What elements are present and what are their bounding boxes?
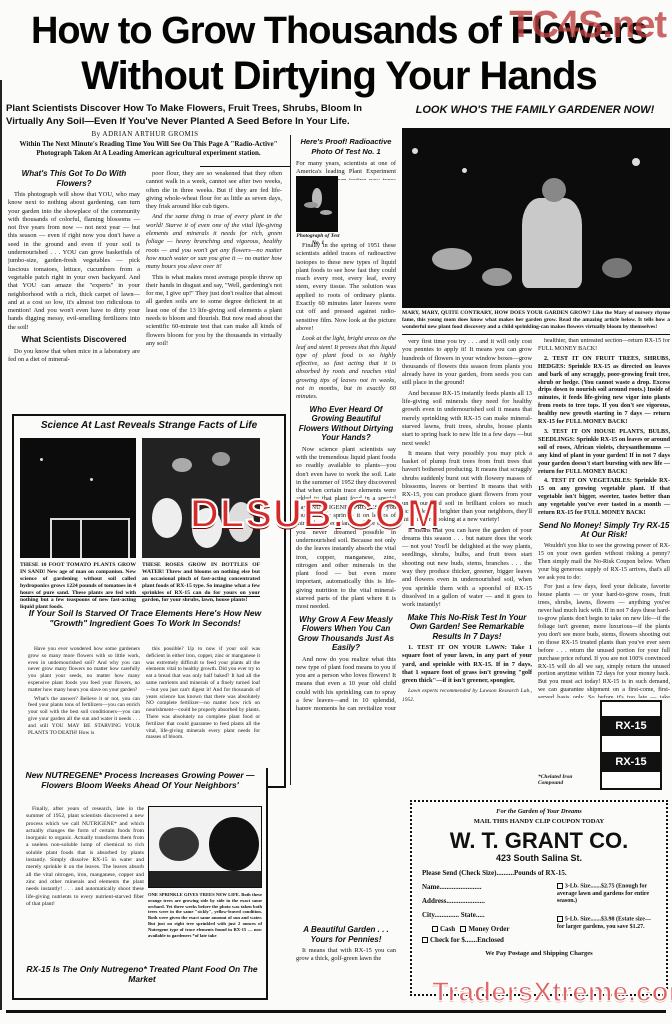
coupon-address-field[interactable]: Address......................: [422, 897, 551, 905]
cash-label: Cash: [440, 925, 455, 933]
proof-section: Here's Proof! Radioactive Photo Of Test …: [296, 134, 396, 159]
gardener-photo-caption: MARY, MARY, QUITE CONTRARY, HOW DOES YOU…: [402, 310, 670, 330]
gardener-photo: [402, 128, 670, 308]
column-2-paragraph: This is what makes most average people t…: [146, 274, 282, 349]
deck-subheadline: Plant Scientists Discover How To Make Fl…: [6, 102, 396, 128]
size-5lb-option: 5-Lb. Size.......$3.98 (Estate size—for …: [557, 916, 651, 930]
coupon-address: 423 South Salina St.: [422, 853, 656, 863]
tomato-caption: THESE 10 FOOT TOMATO PLANTS GROW IN SAND…: [20, 562, 136, 611]
column-1: What's This Got To Do With Flowers? This…: [8, 166, 140, 412]
column-5-paragraph: healthier, than untreated section—return…: [538, 338, 670, 354]
roses-caption: THESE ROSES GROW IN BOTTLES OF WATER! Th…: [142, 562, 260, 604]
nutregene-title: New NUTREGENE* Process Increases Growing…: [14, 770, 266, 790]
rx15-can-label: RX-15: [602, 716, 660, 736]
divider: [20, 596, 260, 597]
divider: [200, 166, 290, 167]
column-3-paragraph: Look at the light, bright areas on the l…: [296, 335, 396, 401]
coupon-postage-note: We Pay Postage and Shipping Charges: [422, 950, 656, 957]
cash-checkbox[interactable]: [432, 926, 438, 932]
coupon-instructions: MAIL THIS HANDY CLIP COUPON TODAY: [422, 818, 656, 825]
trace-elements-paragraph: this possible? Up to now if your soil wa…: [146, 646, 260, 741]
trace-elements-paragraph: Have you ever wondered how some gardener…: [28, 646, 140, 694]
column-1-paragraph: Do you know that when mice in a laborato…: [8, 348, 140, 365]
science-box: Science At Last Reveals Strange Facts of…: [12, 414, 286, 788]
orange-trees-photo: [148, 806, 262, 888]
byline: By ADRIAN ARTHUR GROMIS: [0, 130, 290, 138]
nutregene-paragraph: Finally, after years of research, late i…: [26, 806, 144, 908]
column-1-paragraph: This photograph will show that YOU, who …: [8, 191, 140, 332]
watermark-top: TC4S.net: [509, 4, 666, 47]
subheading-scientists-discovered: What Scientists Discovered: [8, 335, 140, 345]
trace-elements-col-1: Have you ever wondered how some gardener…: [28, 646, 140, 750]
nutregene-box: New NUTREGENE* Process Increases Growing…: [12, 768, 268, 1000]
money-order-label: Money Order: [468, 925, 509, 933]
column-4: very first time you try . . . and it wil…: [402, 338, 532, 786]
science-box-title: Science At Last Reveals Strange Facts of…: [14, 420, 284, 431]
trace-elements-paragraph: What's the answer? Believe it or not, yo…: [28, 696, 140, 737]
headline-line-2: Without Dirtying Your Hands: [14, 56, 664, 96]
page-edge-rule: [0, 80, 3, 1010]
coupon-send-line[interactable]: Please Send (Check Size)..........Pounds…: [422, 869, 656, 877]
column-2-paragraph: poor flour, they are so weakened that th…: [146, 170, 282, 211]
column-2: poor flour, they are so weakened that th…: [146, 170, 282, 410]
subheading-send-no-money: Send No Money! Simply Try RX-15 At Our R…: [538, 521, 670, 540]
trace-elements-col-2: this possible? Up to now if your soil wa…: [146, 646, 260, 750]
test-1-lawn: 1. TEST IT ON YOUR LAWN: Take 1 square f…: [402, 644, 532, 685]
radioactive-leaf-photo: [296, 176, 338, 232]
order-coupon[interactable]: For the Garden of Your Dreams MAIL THIS …: [410, 800, 668, 996]
coupon-tagline: For the Garden of Your Dreams: [422, 808, 656, 815]
column-3: Finally in the spring of 1951 these scie…: [296, 240, 396, 710]
money-order-checkbox[interactable]: [460, 926, 466, 932]
column-3-paragraph: Finally in the spring of 1951 these scie…: [296, 242, 396, 333]
check-checkbox[interactable]: [422, 937, 428, 943]
coupon-brand: W. T. GRANT CO.: [422, 829, 656, 853]
photo-section-heading: LOOK WHO'S THE FAMILY GARDENER NOW!: [400, 104, 670, 116]
nutregene-text: Finally, after years of research, late i…: [26, 806, 144, 962]
rx15-product-can: RX-15 RX-15: [600, 700, 662, 790]
coupon-city-state-field[interactable]: City.............. State.....: [422, 911, 551, 919]
intro-text: Within The Next Minute's Reading Time Yo…: [6, 140, 291, 158]
column-3-paragraph: It means that with RX-15 you can grow a …: [296, 947, 396, 964]
column-4-paragraph: It means that you can have the garden of…: [402, 527, 532, 610]
size-3lb-option: 3-Lb. Size.......$2.75 (Enough for avera…: [557, 883, 649, 904]
subheading-what-to-do: What's This Got To Do With Flowers?: [8, 169, 140, 188]
trace-elements-title: If Your Soil Is Starved Of Trace Element…: [20, 608, 270, 628]
column-divider: [290, 135, 291, 785]
tomato-plants-photo: [20, 438, 136, 558]
orange-trees-caption: ONE SPRINKLE GIVES TREES NEW LIFE. Both …: [148, 892, 262, 938]
column-4-paragraph: very first time you try . . . and it wil…: [402, 338, 532, 388]
subheading-beautiful-garden: A Beautiful Garden . . . Yours for Penni…: [296, 925, 396, 944]
column-5-paragraph: For just a few days, feed your delicate,…: [538, 584, 670, 698]
watermark-bottom: TradersXtreme.com: [432, 976, 672, 1008]
test-3-house-plants: 3. TEST IT ON HOUSE PLANTS, BULBS, SEEDL…: [538, 429, 670, 476]
column-4-paragraph: And because RX-15 instantly feeds plants…: [402, 390, 532, 448]
column-3-continued: A Beautiful Garden . . . Yours for Penni…: [296, 922, 396, 992]
page-bottom-rule: [6, 1010, 666, 1013]
coupon-name-field[interactable]: Name........................: [422, 883, 551, 891]
rx15-only-treated-footer: RX-15 Is The Only Nutregeno* Treated Pla…: [20, 964, 264, 984]
subheading-who-ever-heard: Who Ever Heard Of Growing Beautiful Flow…: [296, 405, 396, 443]
test-4-vegetables: 4. TEST IT ON VEGETABLES: Sprinkle RX-15…: [538, 478, 670, 518]
column-2-paragraph: And the same thing is true of every plan…: [146, 213, 282, 271]
proof-heading: Here's Proof! Radioactive Photo Of Test …: [296, 137, 396, 156]
lawn-footnote: Lawn experts recommended by Lawson Resea…: [402, 687, 532, 704]
column-5-paragraph: Wouldn't you like to see the growing pow…: [538, 543, 670, 583]
size-3lb-checkbox[interactable]: [557, 883, 563, 889]
column-3-paragraph: And now do you realize what this new typ…: [296, 656, 396, 710]
size-5lb-checkbox[interactable]: [557, 916, 563, 922]
divider: [402, 334, 670, 335]
check-enclosed-field[interactable]: Check for $.......Enclosed: [430, 936, 504, 944]
test-2-fruit-trees: 2. TEST IT ON FRUIT TREES, SHRUBS, HEDGE…: [538, 356, 670, 427]
subheading-no-risk-test: Make This No-Risk Test In Your Own Garde…: [402, 613, 532, 642]
rx15-can-label: RX-15: [602, 752, 660, 772]
chelated-iron-footnote: *Chelated Iron Compound: [538, 774, 598, 786]
column-5: healthier, than untreated section—return…: [538, 338, 670, 698]
subheading-why-grow-few: Why Grow A Few Measly Flowers When You C…: [296, 615, 396, 653]
watermark-middle: DLSUB.COM: [190, 492, 441, 537]
